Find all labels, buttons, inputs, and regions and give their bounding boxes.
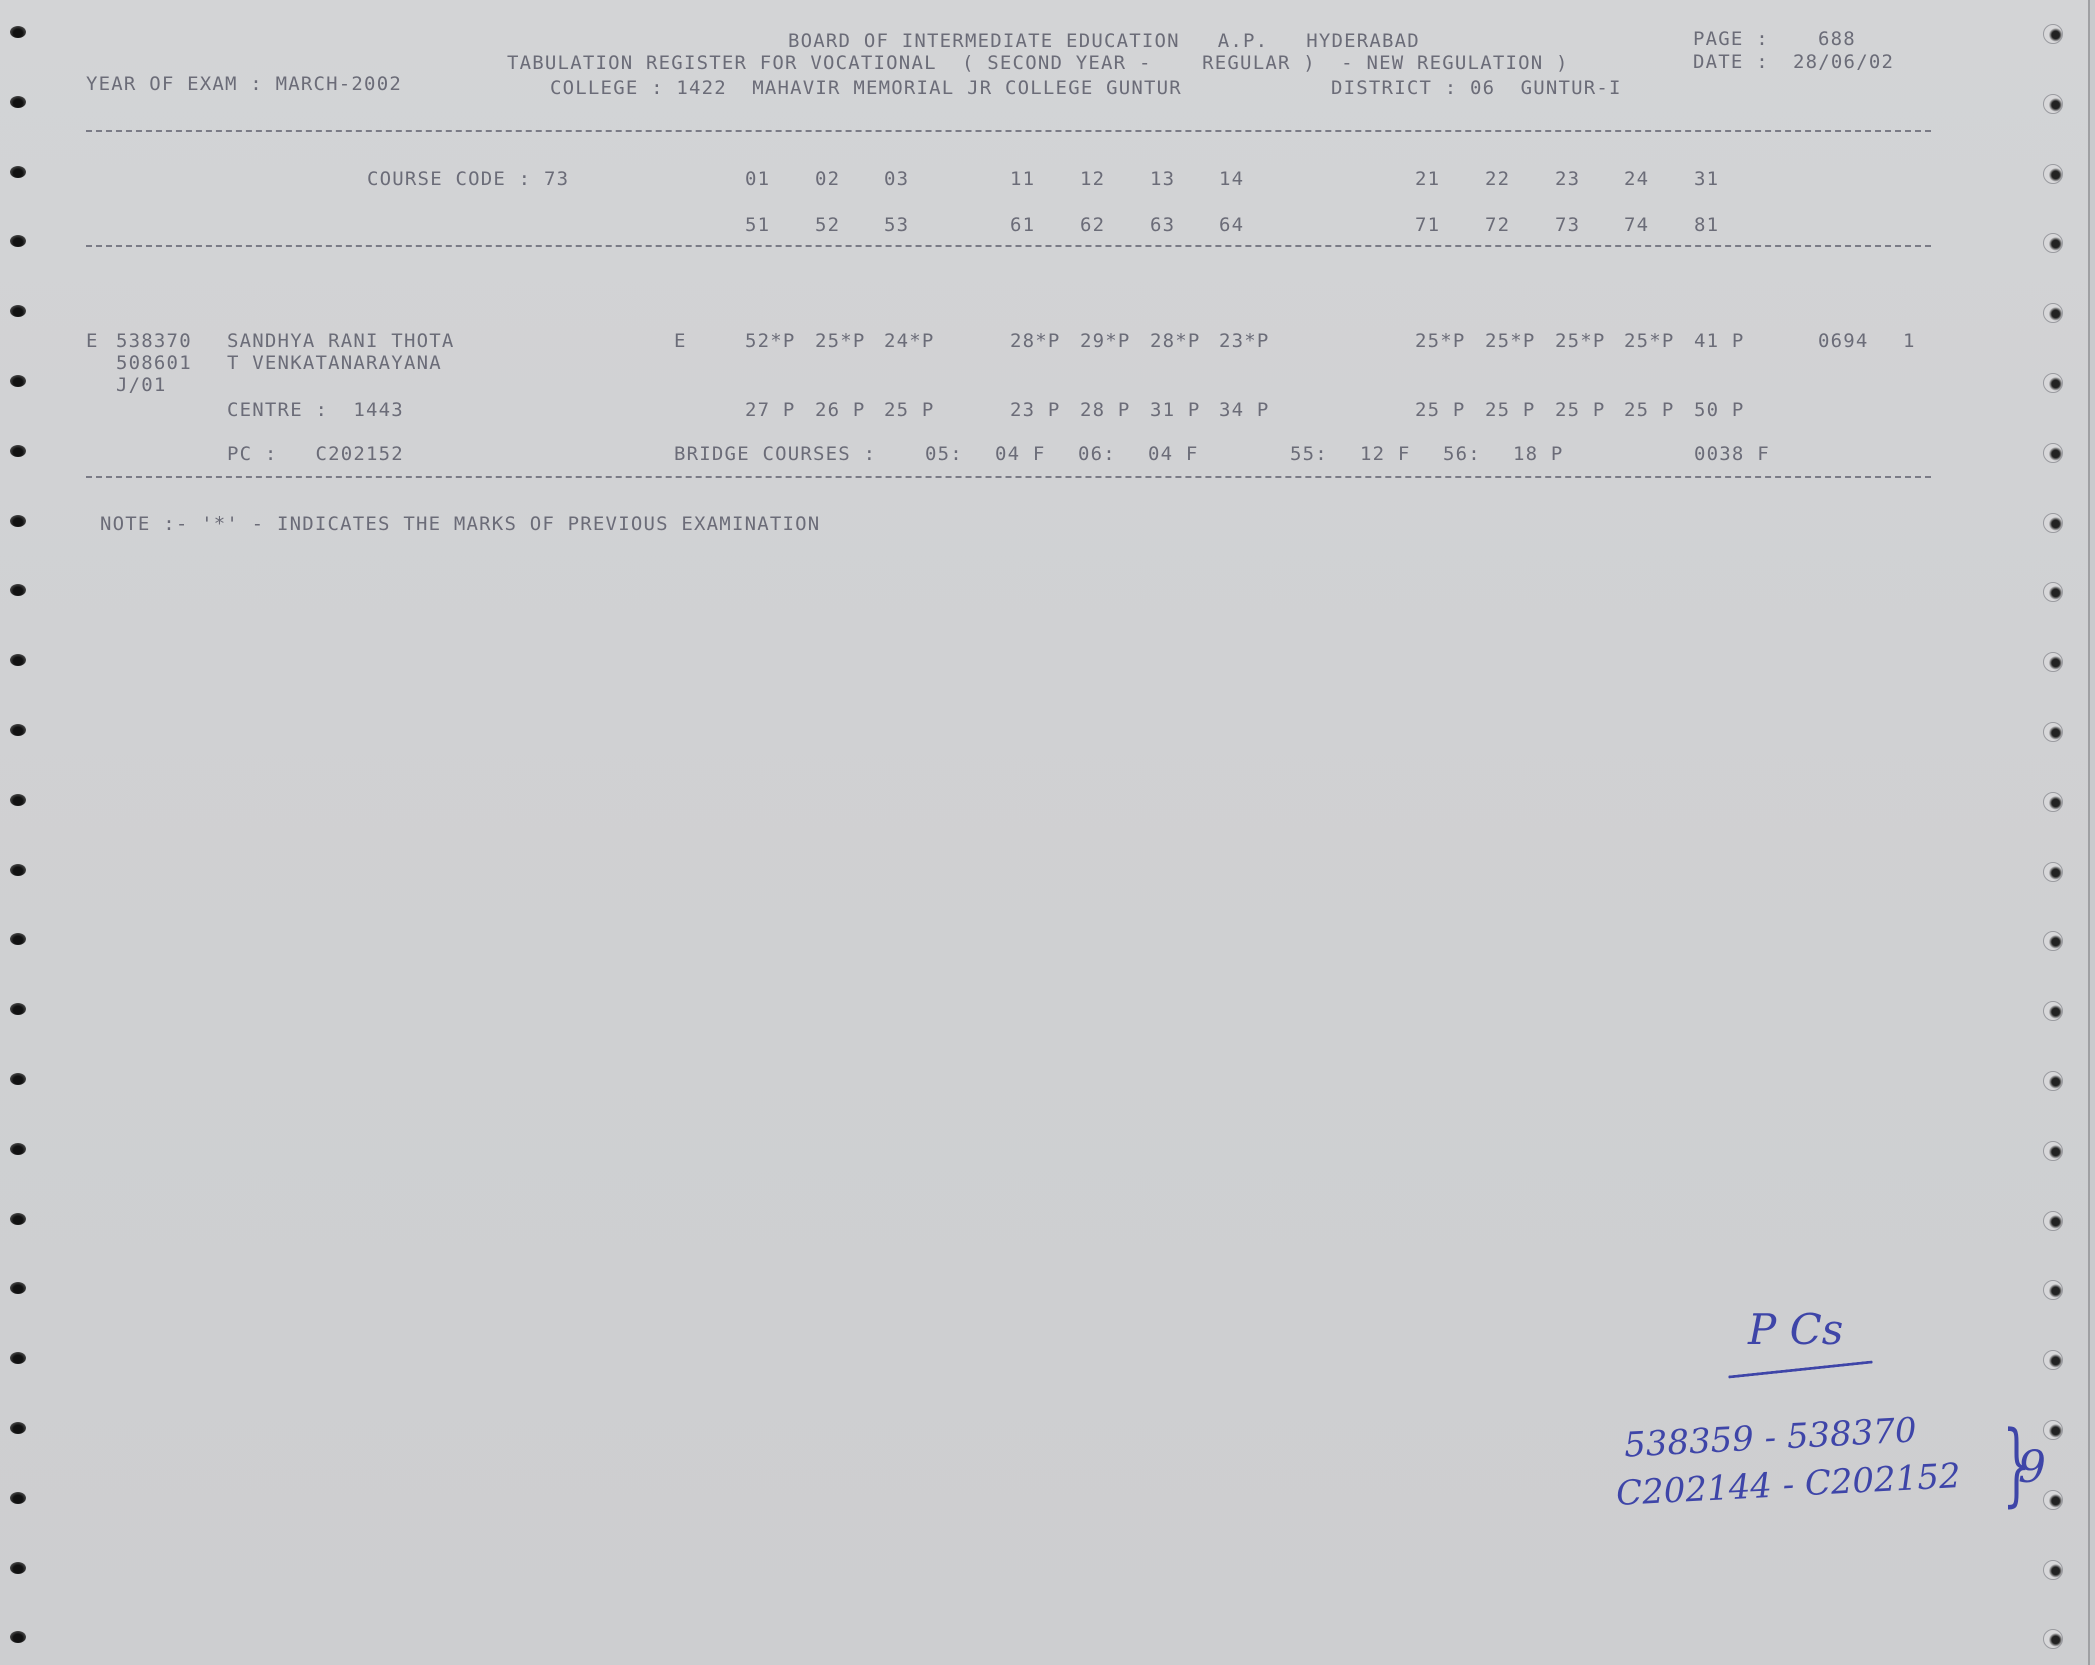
- feed-hole-icon: [2043, 931, 2063, 951]
- printout-page: BOARD OF INTERMEDIATE EDUCATION A.P. HYD…: [0, 0, 2090, 1665]
- feed-hole-icon: [2043, 792, 2063, 812]
- bridge-course-code: 55:: [1290, 443, 1328, 465]
- page-label: PAGE :: [1693, 28, 1769, 50]
- feed-hole-icon: [10, 933, 26, 945]
- course-code-cell: 01: [745, 168, 770, 190]
- feed-hole-icon: [10, 1143, 26, 1155]
- mark-cell: 23 P: [1010, 399, 1061, 421]
- father-name: T VENKATANARAYANA: [227, 352, 442, 374]
- course-code-cell: 03: [884, 168, 909, 190]
- district-info: DISTRICT : 06 GUNTUR-I: [1331, 77, 1622, 99]
- feed-hole-icon: [2043, 1420, 2063, 1440]
- feed-hole-icon: [2043, 1560, 2063, 1580]
- feed-hole-icon: [2043, 513, 2063, 533]
- course-code-cell: 14: [1219, 168, 1244, 190]
- note: NOTE :- '*' - INDICATES THE MARKS OF PRE…: [100, 513, 820, 535]
- bridge-courses-label: BRIDGE COURSES :: [674, 443, 876, 465]
- bridge-course-mark: 04 F: [1148, 443, 1199, 465]
- course-code-cell: 51: [745, 214, 770, 236]
- course-code-cell: 21: [1415, 168, 1440, 190]
- mark-cell: 25 P: [884, 399, 935, 421]
- bridge-course-code: 06:: [1078, 443, 1116, 465]
- feed-hole-icon: [10, 1422, 26, 1434]
- course-code-cell: 81: [1694, 214, 1719, 236]
- divider: [86, 245, 1931, 247]
- feed-hole-icon: [2043, 443, 2063, 463]
- feed-hole-icon: [2043, 1280, 2063, 1300]
- year-of-exam: YEAR OF EXAM : MARCH-2002: [86, 73, 402, 95]
- print-date: 28/06/02: [1793, 51, 1894, 73]
- student-name: SANDHYA RANI THOTA: [227, 330, 455, 352]
- feed-hole-icon: [10, 1631, 26, 1643]
- mark-cell: 26 P: [815, 399, 866, 421]
- student-number-2: 508601: [116, 352, 192, 374]
- course-code-cell: 11: [1010, 168, 1035, 190]
- course-code-cell: 23: [1555, 168, 1580, 190]
- feed-hole-icon: [2043, 1629, 2063, 1649]
- mark-cell: 25 P: [1555, 399, 1606, 421]
- course-code-cell: 13: [1150, 168, 1175, 190]
- mark-cell: 50 P: [1694, 399, 1745, 421]
- feed-hole-icon: [2043, 164, 2063, 184]
- bridge-course-code: 05:: [925, 443, 963, 465]
- feed-hole-icon: [10, 235, 26, 247]
- feed-hole-icon: [2043, 722, 2063, 742]
- feed-hole-icon: [2043, 233, 2063, 253]
- mark-cell: 28 P: [1080, 399, 1131, 421]
- total-marks: 0694: [1818, 330, 1869, 352]
- mark-cell: 52*P: [745, 330, 796, 352]
- feed-hole-icon: [2043, 24, 2063, 44]
- college-info: COLLEGE : 1422 MAHAVIR MEMORIAL JR COLLE…: [550, 77, 1182, 99]
- bridge-total: 0038 F: [1694, 443, 1770, 465]
- mark-cell: 41 P: [1694, 330, 1745, 352]
- hall-ticket-number: 538370: [116, 330, 192, 352]
- divider: [86, 476, 1931, 478]
- bridge-course-mark: 12 F: [1360, 443, 1411, 465]
- bridge-course-code: 56:: [1443, 443, 1481, 465]
- course-code-cell: 53: [884, 214, 909, 236]
- mark-cell: 25*P: [1415, 330, 1466, 352]
- mark-cell: 25*P: [1555, 330, 1606, 352]
- feed-hole-icon: [2043, 1141, 2063, 1161]
- pc-number: PC : C202152: [227, 443, 404, 465]
- feed-hole-icon: [2043, 1001, 2063, 1021]
- bridge-course-mark: 04 F: [995, 443, 1046, 465]
- course-code-cell: 24: [1624, 168, 1649, 190]
- mark-cell: 28*P: [1150, 330, 1201, 352]
- mark-cell: 25*P: [815, 330, 866, 352]
- feed-hole-icon: [10, 1282, 26, 1294]
- medium: E: [674, 330, 687, 352]
- course-code-cell: 71: [1415, 214, 1440, 236]
- register-title: TABULATION REGISTER FOR VOCATIONAL ( SEC…: [507, 52, 1569, 74]
- feed-hole-icon: [2043, 1490, 2063, 1510]
- feed-hole-icon: [10, 1562, 26, 1574]
- feed-hole-icon: [10, 1073, 26, 1085]
- mark-cell: 25 P: [1485, 399, 1536, 421]
- feed-hole-icon: [2043, 303, 2063, 323]
- student-category: E: [86, 330, 99, 352]
- course-code-cell: 62: [1080, 214, 1105, 236]
- feed-hole-icon: [10, 96, 26, 108]
- divider: [86, 130, 1931, 132]
- centre: CENTRE : 1443: [227, 399, 404, 421]
- mark-cell: 25 P: [1415, 399, 1466, 421]
- handwritten-title: P Cs: [1748, 1305, 1843, 1354]
- feed-hole-icon: [10, 864, 26, 876]
- course-code: COURSE CODE : 73: [367, 168, 569, 190]
- mark-cell: 24*P: [884, 330, 935, 352]
- mark-cell: 34 P: [1219, 399, 1270, 421]
- mark-cell: 28*P: [1010, 330, 1061, 352]
- feed-hole-icon: [2043, 862, 2063, 882]
- feed-hole-icon: [2043, 652, 2063, 672]
- feed-hole-icon: [10, 375, 26, 387]
- feed-hole-icon: [2043, 582, 2063, 602]
- mark-cell: 25*P: [1485, 330, 1536, 352]
- course-code-cell: 64: [1219, 214, 1244, 236]
- feed-hole-icon: [2043, 1211, 2063, 1231]
- feed-hole-icon: [10, 794, 26, 806]
- student-code: J/01: [116, 374, 167, 396]
- feed-hole-icon: [2043, 1071, 2063, 1091]
- course-code-cell: 31: [1694, 168, 1719, 190]
- date-label: DATE :: [1693, 51, 1769, 73]
- handwritten-range-2: C202144 - C202152: [1615, 1456, 1961, 1514]
- feed-hole-icon: [10, 26, 26, 38]
- feed-hole-icon: [10, 445, 26, 457]
- course-code-cell: 63: [1150, 214, 1175, 236]
- result-code: 1: [1903, 330, 1916, 352]
- feed-hole-icon: [10, 166, 26, 178]
- feed-hole-icon: [10, 1213, 26, 1225]
- mark-cell: 25*P: [1624, 330, 1675, 352]
- feed-hole-icon: [2043, 373, 2063, 393]
- course-code-cell: 73: [1555, 214, 1580, 236]
- feed-hole-icon: [10, 1352, 26, 1364]
- feed-hole-icon: [10, 1492, 26, 1504]
- course-code-cell: 72: [1485, 214, 1510, 236]
- course-code-cell: 02: [815, 168, 840, 190]
- feed-hole-icon: [2043, 1350, 2063, 1370]
- handwritten-count: 9: [2018, 1442, 2046, 1493]
- course-code-cell: 74: [1624, 214, 1649, 236]
- mark-cell: 23*P: [1219, 330, 1270, 352]
- course-code-cell: 12: [1080, 168, 1105, 190]
- mark-cell: 29*P: [1080, 330, 1131, 352]
- feed-hole-icon: [10, 724, 26, 736]
- feed-hole-icon: [10, 584, 26, 596]
- mark-cell: 25 P: [1624, 399, 1675, 421]
- page-number: 688: [1818, 28, 1856, 50]
- bridge-course-mark: 18 P: [1513, 443, 1564, 465]
- handwritten-underline: [1728, 1360, 1873, 1378]
- feed-hole-icon: [10, 305, 26, 317]
- course-code-cell: 22: [1485, 168, 1510, 190]
- course-code-cell: 61: [1010, 214, 1035, 236]
- board-title: BOARD OF INTERMEDIATE EDUCATION A.P. HYD…: [788, 30, 1420, 52]
- handwritten-range-1: 538359 - 538370: [1623, 1410, 1917, 1465]
- feed-hole-icon: [2043, 94, 2063, 114]
- feed-hole-icon: [10, 654, 26, 666]
- feed-hole-icon: [10, 515, 26, 527]
- feed-hole-icon: [10, 1003, 26, 1015]
- course-code-cell: 52: [815, 214, 840, 236]
- mark-cell: 27 P: [745, 399, 796, 421]
- mark-cell: 31 P: [1150, 399, 1201, 421]
